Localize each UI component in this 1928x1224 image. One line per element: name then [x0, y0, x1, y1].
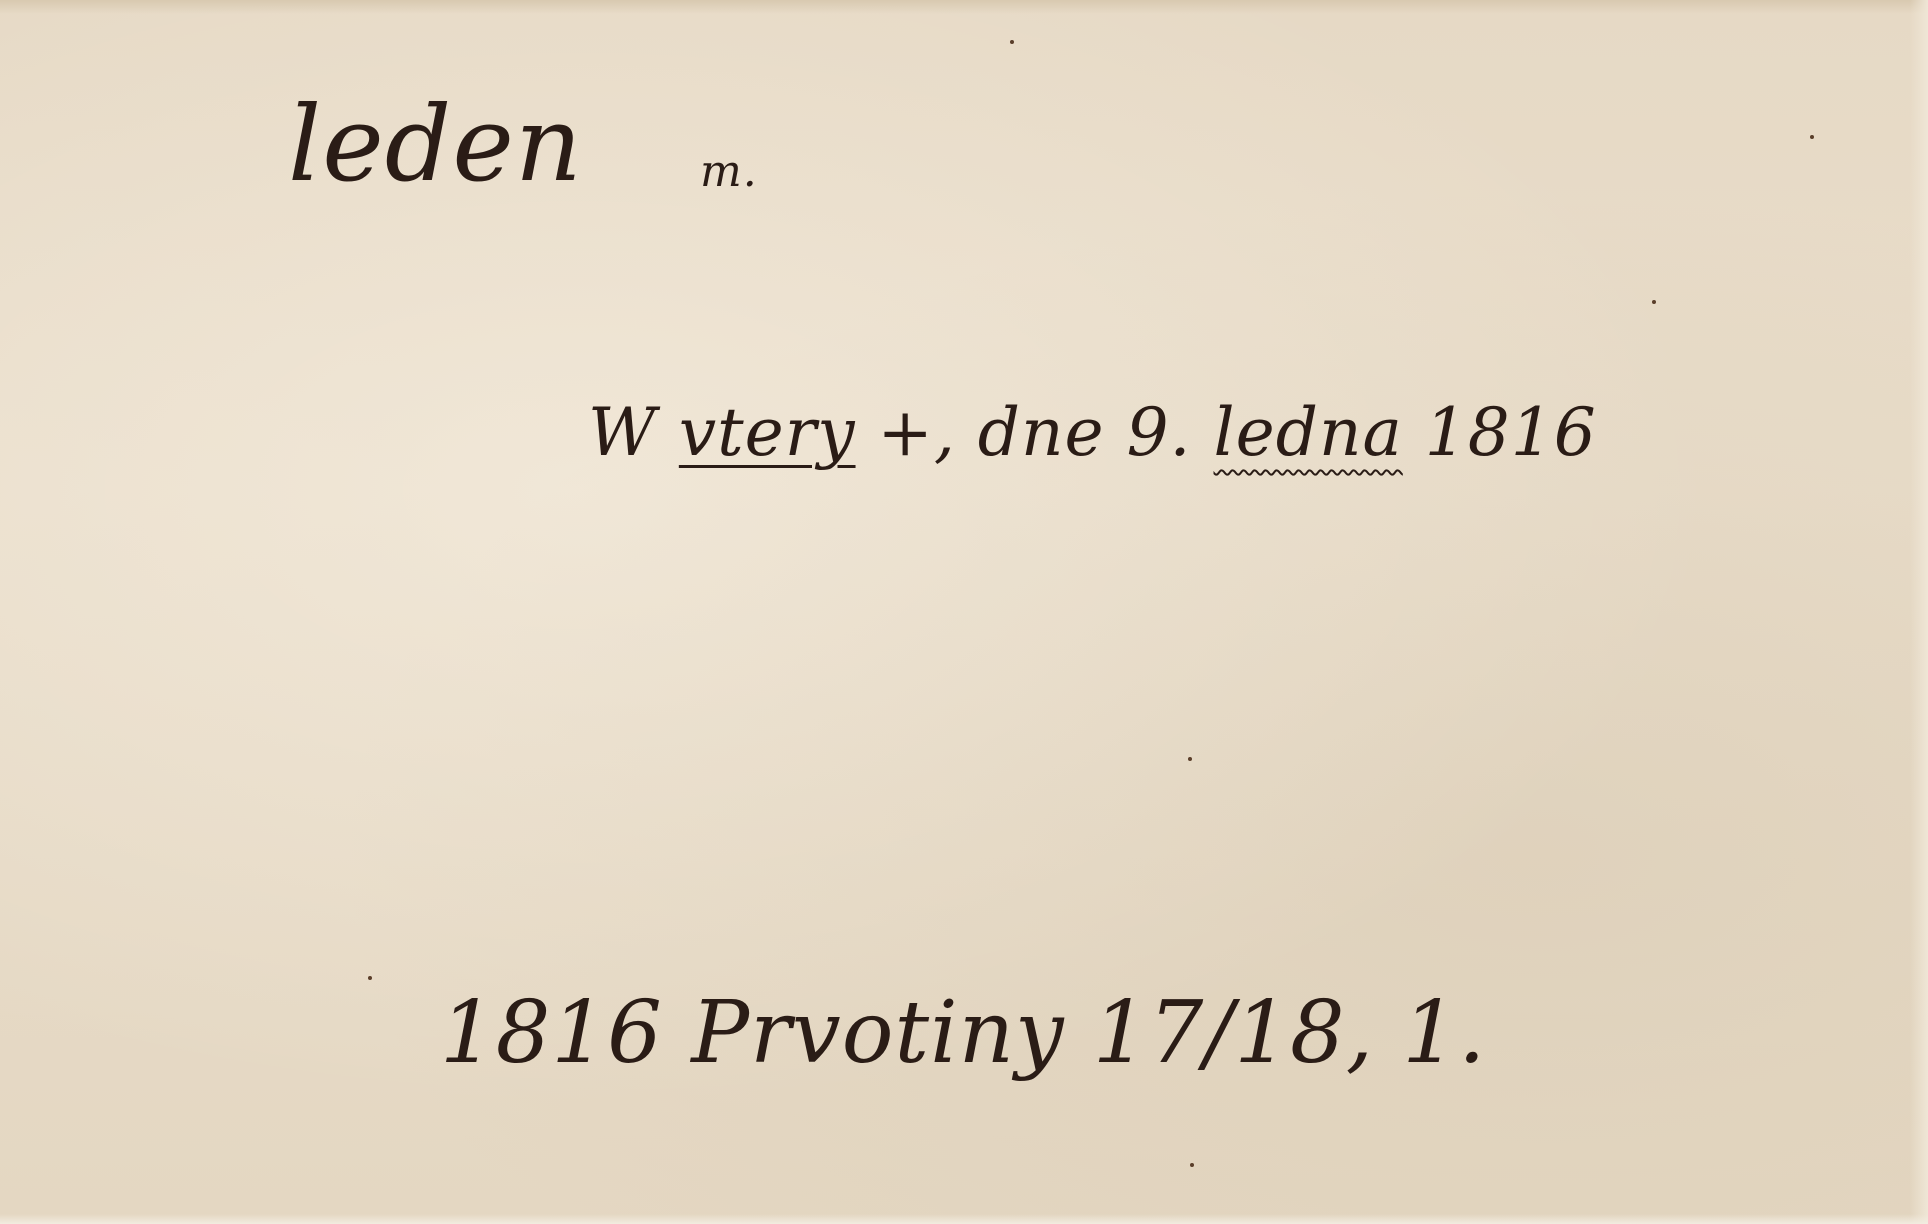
citation-headword-form: ledna — [1214, 394, 1403, 471]
citation-year: 1816 — [1425, 394, 1597, 471]
paper-speck — [368, 976, 372, 980]
paper-speck — [1010, 40, 1014, 44]
citation-mid: +, dne 9. — [878, 394, 1192, 471]
paper-speck — [1810, 135, 1814, 139]
citation-prefix: W — [588, 394, 657, 471]
source-reference: 1816 Prvotiny 17/18, 1. — [440, 990, 1486, 1076]
paper-speck — [1652, 300, 1656, 304]
card-bottom-edge — [0, 1214, 1928, 1224]
card-top-edge — [0, 0, 1928, 14]
citation-underlined-word: vtery — [679, 394, 856, 471]
paper-speck — [1188, 757, 1192, 761]
paper-speck — [1190, 1163, 1194, 1167]
archival-card: leden m. W vtery +, dne 9. ledna 1816 18… — [0, 0, 1928, 1224]
grammatical-gender: m. — [700, 150, 758, 194]
headword: leden — [288, 92, 583, 196]
card-right-edge — [1910, 0, 1928, 1224]
citation-line: W vtery +, dne 9. ledna 1816 — [588, 400, 1597, 466]
